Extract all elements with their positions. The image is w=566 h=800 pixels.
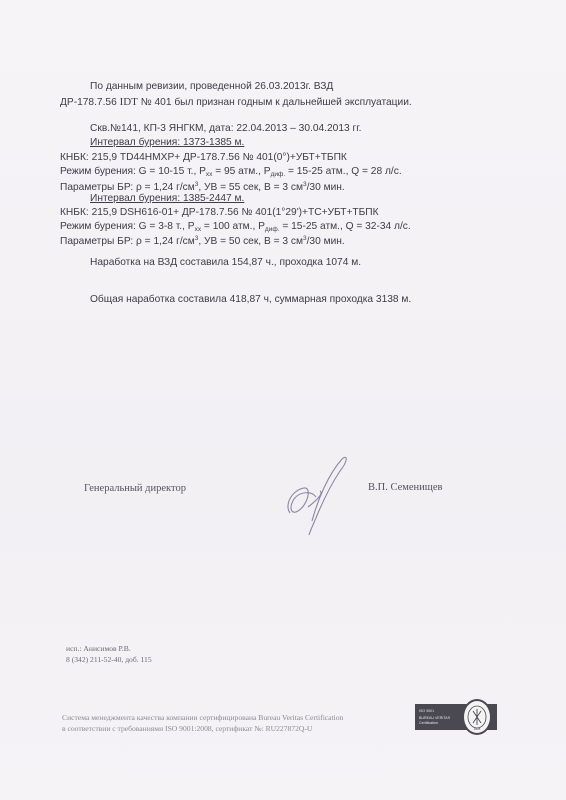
interval-1-mode: Режим бурения: G = 10-15 т., Pхх = 95 ат… [60, 166, 402, 178]
executor-name: исп.: Анисимов Р.В. [66, 644, 131, 653]
executor-phone: 8 (342) 211-52-40, доб. 115 [66, 655, 152, 664]
well-info: Скв.№141, КП-3 ЯНГКМ, дата: 22.04.2013 –… [90, 123, 362, 134]
revision-line-2: ДР-178.7.56 IDT № 401 был признан годным… [60, 96, 412, 108]
motor-model: ДР-178.7.56 [60, 97, 120, 108]
revision-line-1: По данным ревизии, проведенной 26.03.201… [90, 81, 333, 92]
vzd-runtime: Наработка на ВЗД составила 154,87 ч., пр… [90, 257, 361, 268]
signatory-name: В.П. Семенищев [368, 482, 443, 493]
interval-1-params: Параметры БР: ρ = 1,24 г/см3, УВ = 55 се… [60, 181, 345, 193]
signatory-position: Генеральный директор [84, 483, 186, 494]
interval-2-params: Параметры БР: ρ = 1,24 г/см3, УВ = 50 се… [60, 235, 345, 247]
interval-1-title: Интервал бурения: 1373-1385 м. [90, 137, 244, 148]
footer-cert-line-1: Система менеджмента качества компании се… [62, 713, 343, 722]
interval-2-title: Интервал бурения: 1385-2447 м. [90, 193, 244, 204]
document-page: По данным ревизии, проведенной 26.03.201… [0, 0, 566, 800]
total-runtime: Общая наработка составила 418,87 ч, сумм… [90, 294, 411, 305]
bureau-veritas-seal-icon: 1828 [462, 699, 492, 735]
interval-1-knbk: КНБК: 215,9 TD44HMXP+ ДР-178.7.56 № 401(… [60, 152, 347, 163]
footer-cert-line-2: в соответствии с требованиями ISO 9001:2… [62, 724, 312, 733]
interval-2-knbk: КНБК: 215,9 DSH616-01+ ДР-178.7.56 № 401… [60, 207, 379, 218]
idt-label: IDT [120, 96, 138, 108]
interval-2-mode: Режим бурения: G = 3-8 т., Pхх = 100 атм… [60, 221, 411, 233]
svg-text:1828: 1828 [474, 727, 481, 731]
revision-result: № 401 был признан годным к дальнейшей эк… [138, 97, 412, 108]
signature-icon [282, 455, 352, 535]
